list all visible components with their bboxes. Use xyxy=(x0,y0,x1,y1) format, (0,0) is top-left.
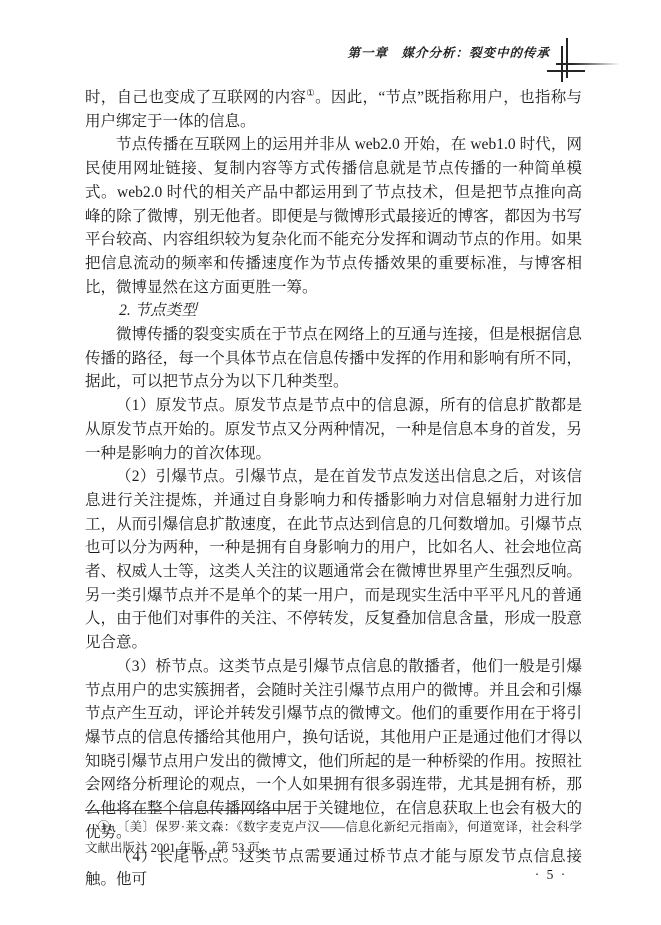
section-heading: 2. 节点类型 xyxy=(85,299,582,323)
footnote: ① 〔美〕保罗·莱文森：《数字麦克卢汉——信息化新纪元指南》，何道宽译，社会科学… xyxy=(85,817,582,858)
book-page: 第一章 媒介分析：裂变中的传承 时，自己也变成了互联网的内容①。因此，“节点”既… xyxy=(0,0,661,925)
page-number: · 5 · xyxy=(523,867,579,883)
paragraph-fission: 微博传播的裂变实质在于节点在网络上的互通与连接，但是根据信息传播的路径，每一个具… xyxy=(85,323,582,394)
body-text: 时，自己也变成了互联网的内容①。因此，“节点”既指称用户，也指称与用户绑定于一体… xyxy=(85,86,582,892)
ornament-vertical-line-1 xyxy=(566,38,568,78)
paragraph-continuation: 时，自己也变成了互联网的内容①。因此，“节点”既指称用户，也指称与用户绑定于一体… xyxy=(85,86,582,133)
chapter-running-head: 第一章 媒介分析：裂变中的传承 xyxy=(347,45,550,62)
paragraph-node-spread: 节点传播在互联网上的运用并非从 web2.0 开始，在 web1.0 时代，网民… xyxy=(85,133,582,299)
list-item-origin-node: （1）原发节点。原发节点是节点中的信息源，所有的信息扩散都是从原发节点开始的。原… xyxy=(85,394,582,465)
list-item-trigger-node: （2）引爆节点。引爆节点，是在首发节点发送出信息之后，对该信息进行关注提炼，并通… xyxy=(85,465,582,655)
footnote-ref-1: ① xyxy=(306,88,315,99)
footnote-separator xyxy=(85,810,290,811)
ornament-horizontal-line-2 xyxy=(547,70,585,72)
ornament-horizontal-line-1 xyxy=(556,63,620,65)
